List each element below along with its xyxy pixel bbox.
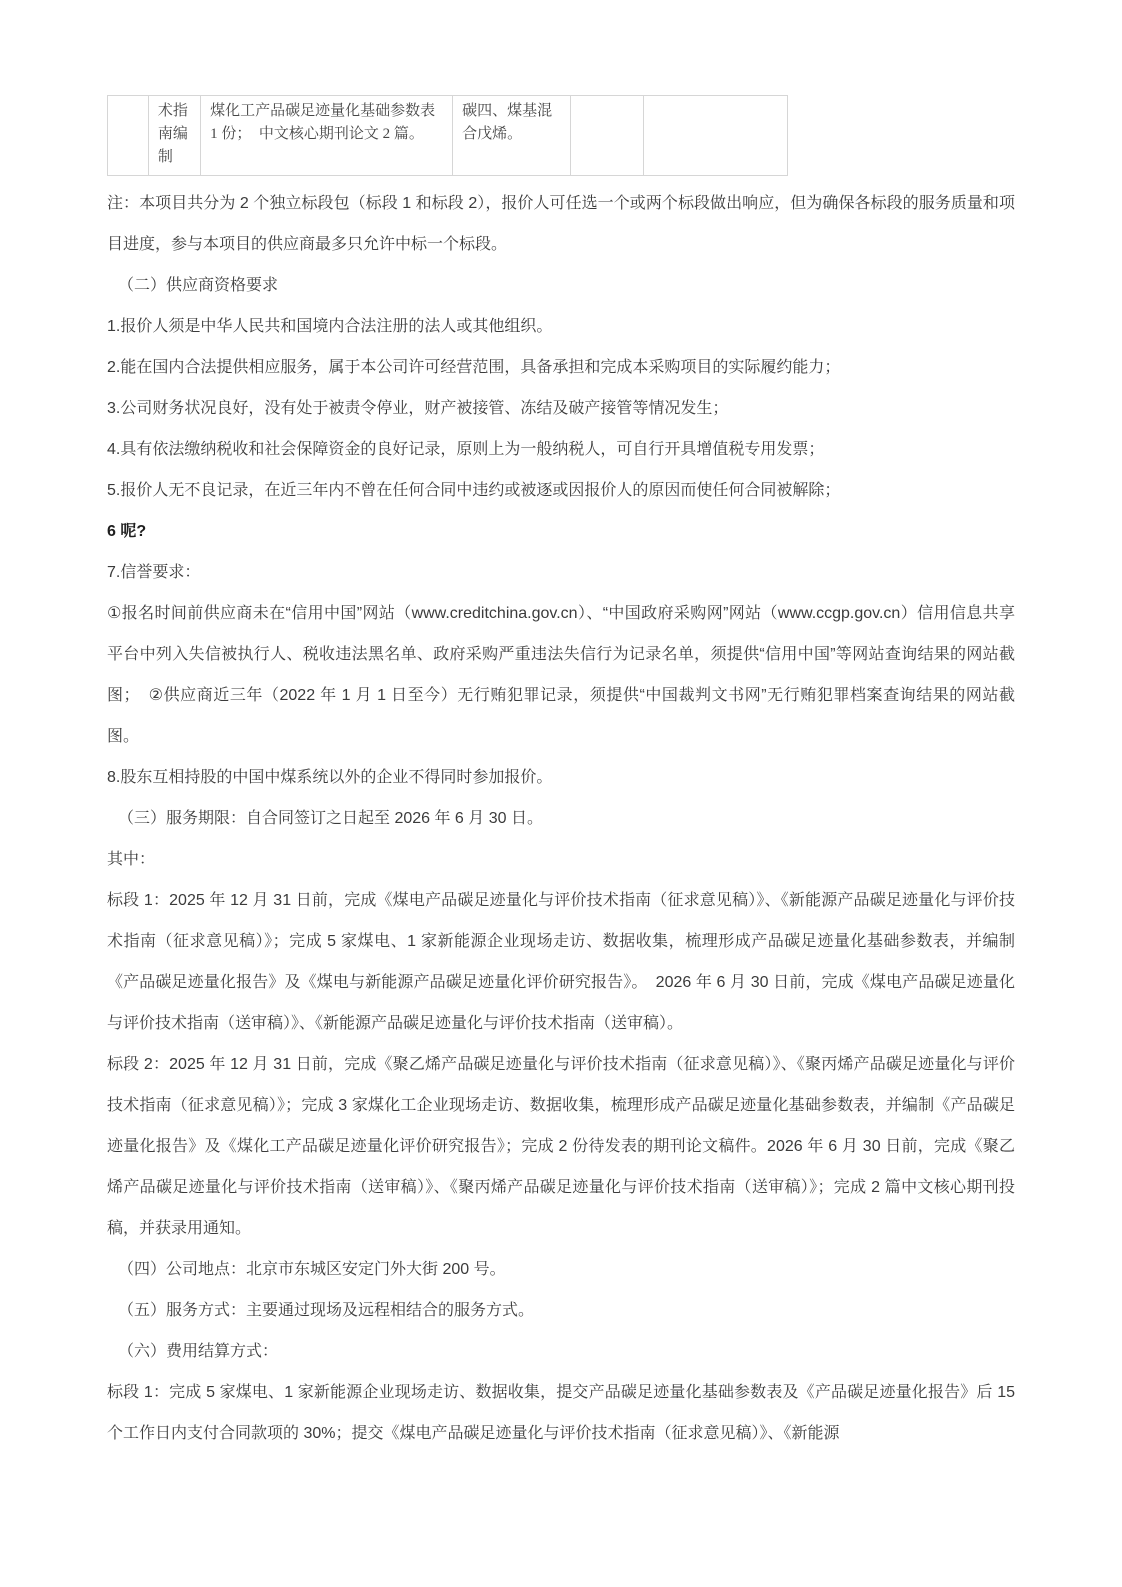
qualification-item-7-heading: 7.信誉要求： — [107, 552, 1015, 593]
table-cell-empty-2 — [643, 96, 787, 176]
document-body: 注：本项目共分为 2 个独立标段包（标段 1 和标段 2），报价人可任选一个或两… — [107, 183, 1015, 1454]
section-2-heading: （二）供应商资格要求 — [107, 265, 1015, 306]
credit-requirement-paragraph: ①报名时间前供应商未在“信用中国”网站（www.creditchina.gov.… — [107, 593, 1015, 757]
qualification-item-4: 4.具有依法缴纳税收和社会保障资金的良好记录，原则上为一般纳税人，可自行开具增值… — [107, 429, 1015, 470]
table-cell-empty-1 — [571, 96, 644, 176]
section-3-service-period: （三）服务期限：自合同签订之日起至 2026 年 6 月 30 日。 — [107, 798, 1015, 839]
table-cell-products: 碳四、煤基混合戊烯。 — [453, 96, 571, 176]
lot-1-payment-paragraph: 标段 1：完成 5 家煤电、1 家新能源企业现场走访、数据收集，提交产品碳足迹量… — [107, 1372, 1015, 1454]
table-cell-deliverables: 煤化工产品碳足迹量化基础参数表 1 份； 中文核心期刊论文 2 篇。 — [201, 96, 453, 176]
section-4-company-address: （四）公司地点：北京市东城区安定门外大街 200 号。 — [107, 1249, 1015, 1290]
qualification-item-2: 2.能在国内合法提供相应服务，属于本公司许可经营范围，具备承担和完成本采购项目的… — [107, 347, 1015, 388]
document-page: 术指南编制 煤化工产品碳足迹量化基础参数表 1 份； 中文核心期刊论文 2 篇。… — [0, 0, 1122, 1587]
table-cell-rownum — [108, 96, 149, 176]
qualification-item-3: 3.公司财务状况良好，没有处于被责令停业，财产被接管、冻结及破产接管等情况发生； — [107, 388, 1015, 429]
table-row: 术指南编制 煤化工产品碳足迹量化基础参数表 1 份； 中文核心期刊论文 2 篇。… — [108, 96, 788, 176]
qualification-item-8: 8.股东互相持股的中国中煤系统以外的企业不得同时参加报价。 — [107, 757, 1015, 798]
table-cell-task-name: 术指南编制 — [148, 96, 200, 176]
qualification-item-1: 1.报价人须是中华人民共和国境内合法注册的法人或其他组织。 — [107, 306, 1015, 347]
deliverables-table: 术指南编制 煤化工产品碳足迹量化基础参数表 1 份； 中文核心期刊论文 2 篇。… — [107, 95, 788, 176]
qualification-item-6: 6 呢? — [107, 511, 1015, 552]
lot-2-schedule-paragraph: 标段 2：2025 年 12 月 31 日前，完成《聚乙烯产品碳足迹量化与评价技… — [107, 1044, 1015, 1249]
note-paragraph: 注：本项目共分为 2 个独立标段包（标段 1 和标段 2），报价人可任选一个或两… — [107, 183, 1015, 265]
among-which-label: 其中： — [107, 839, 1015, 880]
section-6-payment-heading: （六）费用结算方式： — [107, 1331, 1015, 1372]
qualification-item-5: 5.报价人无不良记录，在近三年内不曾在任何合同中违约或被逐或因报价人的原因而使任… — [107, 470, 1015, 511]
lot-1-schedule-paragraph: 标段 1：2025 年 12 月 31 日前，完成《煤电产品碳足迹量化与评价技术… — [107, 880, 1015, 1044]
section-5-service-mode: （五）服务方式：主要通过现场及远程相结合的服务方式。 — [107, 1290, 1015, 1331]
